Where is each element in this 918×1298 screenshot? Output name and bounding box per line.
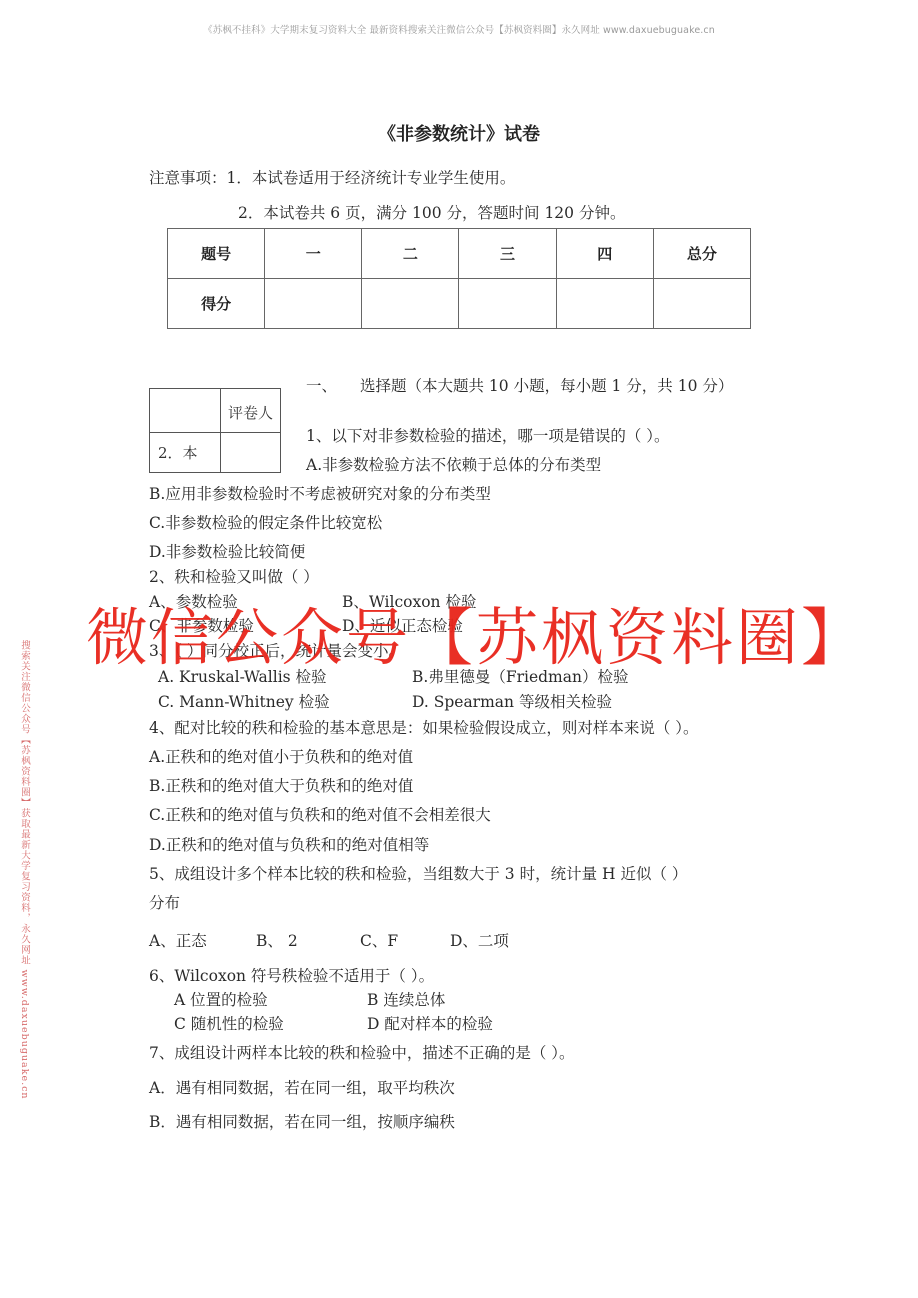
score-header-cell: 一 [265,229,362,279]
question-5-stem-cont: 分布 [149,891,180,913]
question-6-option-a: A 位置的检验 [174,988,268,1010]
score-header-cell: 四 [556,229,653,279]
score-table: 题号 一 二 三 四 总分 得分 [167,228,751,329]
question-2-option-a: A、参数检验 [149,590,238,612]
score-header-cell: 三 [459,229,556,279]
notes-line-1: 注意事项：1．本试卷适用于经济统计专业学生使用。 [149,166,515,188]
question-7-stem: 7、成组设计两样本比较的秩和检验中，描述不正确的是（ ）。 [149,1041,575,1063]
question-6-stem: 6、Wilcoxon 符号秩检验不适用于（ ）。 [149,964,434,986]
grader-empty-cell [150,389,221,433]
question-5-option-c: C、F [360,929,398,951]
question-1-option-a: A.非参数检验方法不依赖于总体的分布类型 [306,453,601,475]
section-title: 选择题（本大题共 10 小题，每小题 1 分，共 10 分） [360,374,733,396]
question-7-option-a: A．遇有相同数据，若在同一组，取平均秩次 [149,1076,455,1098]
score-cell [653,279,750,329]
question-2-option-b: B、Wilcoxon 检验 [342,590,476,612]
question-7-option-b: B．遇有相同数据，若在同一组，按顺序编秩 [149,1110,455,1132]
score-cell [459,279,556,329]
score-header-cell: 总分 [653,229,750,279]
question-1-option-c: C.非参数检验的假定条件比较宽松 [149,511,382,533]
question-4-option-d: D.正秩和的绝对值与负秩和的绝对值相等 [149,833,429,855]
question-3-option-d: D. Spearman 等级相关检验 [412,690,612,712]
score-table-header-row: 题号 一 二 三 四 总分 [168,229,751,279]
question-5-stem: 5、成组设计多个样本比较的秩和检验，当组数大于 3 时，统计量 H 近似（ ） [149,862,687,884]
notes-line-2: 2．本试卷共 6 页，满分 100 分，答题时间 120 分钟。 [238,201,625,223]
question-4-stem: 4、配对比较的秩和检验的基本意思是：如果检验假设成立，则对样本来说（ ）。 [149,716,699,738]
score-header-cell: 二 [362,229,459,279]
score-table-score-row: 得分 [168,279,751,329]
grader-sign-cell [221,433,281,473]
question-1-option-b: B.应用非参数检验时不考虑被研究对象的分布类型 [149,482,491,504]
question-5-option-d: D、二项 [450,929,509,951]
question-6-option-d: D 配对样本的检验 [367,1012,493,1034]
score-cell [265,279,362,329]
header-banner: 《苏枫不挂科》大学期末复习资料大全 最新资料搜索关注微信公众号【苏枫资料圈】永久… [0,22,918,36]
question-6-option-c: C 随机性的检验 [174,1012,284,1034]
question-5-option-b: B、 2 [256,929,298,951]
question-3-stem: 3、（ ）同分校正后，统计量会变小。 [149,639,404,661]
question-3-option-c: C. Mann-Whitney 检验 [158,690,330,712]
question-5-option-a: A、正态 [149,929,207,951]
grader-score-cell: 2．本 [150,433,221,473]
grader-label: 评卷人 [221,389,281,433]
question-1-stem: 1、以下对非参数检验的描述，哪一项是错误的（ ）。 [306,424,670,446]
question-4-option-c: C.正秩和的绝对值与负秩和的绝对值不会相差很大 [149,803,491,825]
question-3-option-a: A. Kruskal-Wallis 检验 [158,665,327,687]
score-cell [362,279,459,329]
question-6-option-b: B 连续总体 [367,988,445,1010]
side-banner: 搜索关注微信公众号【苏枫资料圈】获取最新大学复习资料，永久网址 www.daxu… [17,640,31,1100]
score-row-label: 得分 [168,279,265,329]
question-2-option-c: C、非参数检验 [149,614,254,636]
grader-table: 评卷人 2．本 [149,388,281,473]
question-2-stem: 2、秩和检验又叫做（ ） [149,565,319,587]
exam-title: 《非参数统计》试卷 [0,120,918,146]
question-3-option-b: B.弗里德曼（Friedman）检验 [412,665,628,687]
score-header-cell: 题号 [168,229,265,279]
score-cell [556,279,653,329]
question-4-option-a: A.正秩和的绝对值小于负秩和的绝对值 [149,745,413,767]
question-4-option-b: B.正秩和的绝对值大于负秩和的绝对值 [149,774,413,796]
section-number: 一、 [306,374,337,396]
question-2-option-d: D、近似正态检验 [342,614,463,636]
question-1-option-d: D.非参数检验比较简便 [149,540,305,562]
